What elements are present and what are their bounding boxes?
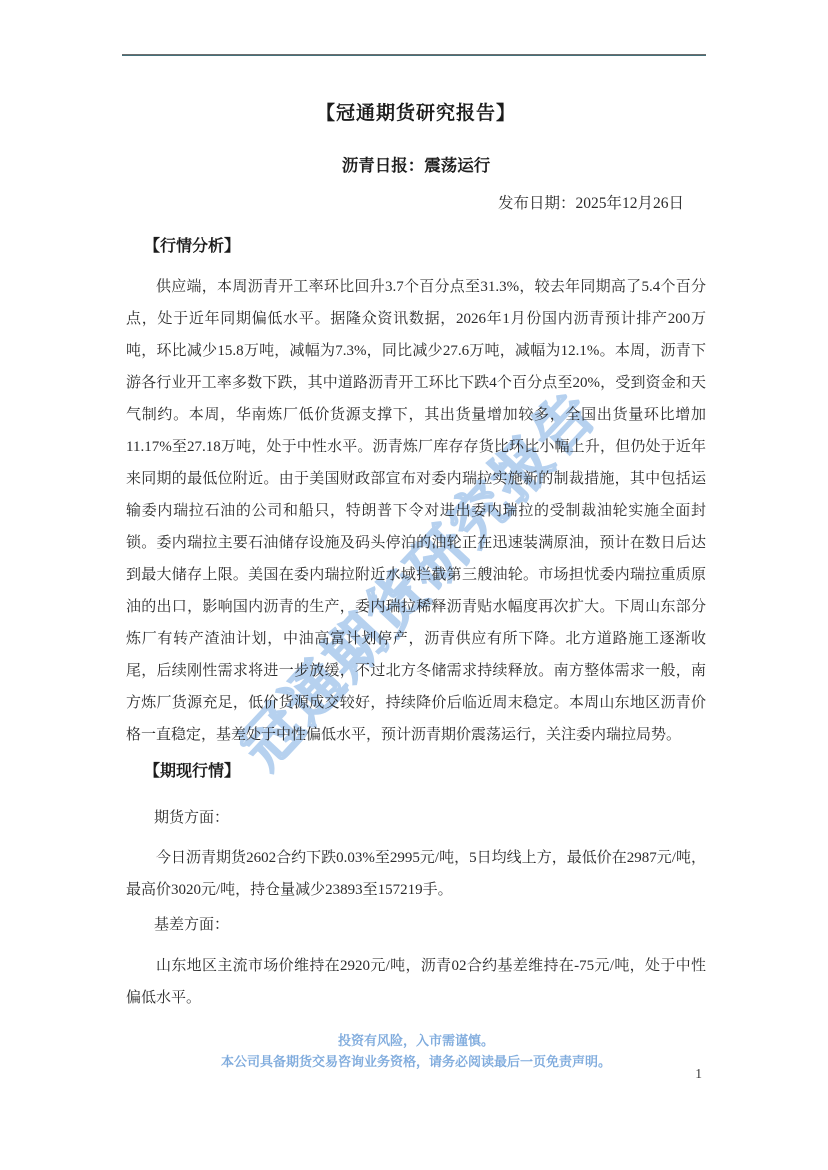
report-page: 冠通期货研究报告 【冠通期货研究报告】 沥青日报：震荡运行 发布日期：2025年… xyxy=(0,0,828,1170)
futures-aspect-label: 期货方面： xyxy=(126,806,706,827)
publish-date: 发布日期：2025年12月26日 xyxy=(126,191,706,213)
market-analysis-paragraph: 供应端，本周沥青开工率环比回升3.7个百分点至31.3%，较去年同期高了5.4个… xyxy=(126,271,706,751)
futures-paragraph: 今日沥青期货2602合约下跌0.03%至2995元/吨，5日均线上方，最低价在2… xyxy=(126,842,706,906)
section-heading-futures-spot: 【期现行情】 xyxy=(126,758,706,781)
report-subtitle: 沥青日报：震荡运行 xyxy=(126,152,706,176)
report-content: 【冠通期货研究报告】 沥青日报：震荡运行 发布日期：2025年12月26日 【行… xyxy=(126,0,706,1170)
basis-paragraph: 山东地区主流市场价维持在2920元/吨，沥青02合约基差维持在-75元/吨，处于… xyxy=(126,950,706,1014)
report-title: 【冠通期货研究报告】 xyxy=(126,98,706,125)
page-number: 1 xyxy=(126,1066,706,1082)
basis-aspect-label: 基差方面： xyxy=(126,913,706,934)
risk-warning-line: 投资有风险，入市需谨慎。 xyxy=(126,1030,706,1051)
section-heading-market-analysis: 【行情分析】 xyxy=(126,233,706,256)
